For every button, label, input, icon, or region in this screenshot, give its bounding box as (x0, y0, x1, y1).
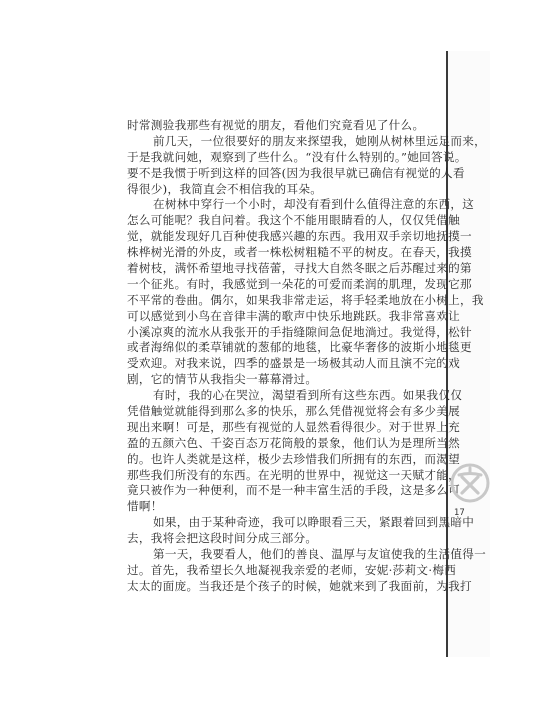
text-line: 在树林中穿行一个小时，却没有看到什么值得注意的东西，这 (127, 197, 426, 213)
text-line: 那些我们所没有的东西。在光明的世界中，视觉这一天赋才能， (127, 468, 426, 484)
text-line: 怎么可能呢？我自问着。我这个不能用眼睛看的人，仅仅凭借触 (127, 213, 426, 229)
text-line: 可以感觉到小鸟在音律丰满的歌声中快乐地跳跃。我非常喜欢让 (127, 309, 426, 325)
text-line: 时常测验我那些有视觉的朋友，看他们究竟看见了什么。 (127, 118, 426, 134)
text-line: 有时，我的心在哭泣，渴望看到所有这些东西。如果我仅仅 (127, 388, 426, 404)
text-line: 不平常的卷曲。偶尔，如果我非常走运，将手轻柔地放在小树上，我 (127, 293, 426, 309)
text-line: 前几天，一位很要好的朋友来探望我，她刚从树林里远足而来， (127, 134, 426, 150)
text-line: 剧，它的情节从我指尖一幕幕滑过。 (127, 372, 426, 388)
text-line: 要不是我惯于听到这样的回答(因为我很早就已确信有视觉的人看 (127, 166, 426, 182)
text-line: 小溪凉爽的流水从我张开的手指缝隙间急促地淌过。我觉得，松针 (127, 325, 426, 341)
text-line: 一个征兆。有时，我感觉到一朵花的可爱而柔润的肌理，发现它那 (127, 277, 426, 293)
text-line: 过。首先，我希望长久地凝视我亲爱的老师，安妮·莎莉文·梅西 (127, 563, 426, 579)
text-line: 现出来啊！可是，那些有视觉的人显然看得很少。对于世界上充 (127, 420, 426, 436)
book-page: 时常测验我那些有视觉的朋友，看他们究竟看见了什么。前几天，一位很要好的朋友来探望… (0, 0, 550, 711)
text-line: 株桦树光滑的外皮，或者一株松树粗糙不平的树皮。在春天，我摸 (127, 245, 426, 261)
text-line: 如果，由于某种奇迹，我可以睁眼看三天，紧跟着回到黑暗中 (127, 515, 426, 531)
text-line: 去，我将会把这段时间分成三部分。 (127, 531, 426, 547)
text-line: 凭借触觉就能得到那么多的快乐，那么凭借视觉将会有多少美展 (127, 404, 426, 420)
text-line: 盈的五颜六色、千姿百态万花筒般的景象，他们认为是理所当然 (127, 436, 426, 452)
text-line: 太太的面庞。当我还是个孩子的时候，她就来到了我面前，为我打 (127, 579, 426, 595)
text-line: 觉，就能发现好几百种使我感兴趣的东西。我用双手亲切地抚摸一 (127, 229, 426, 245)
text-line: 竟只被作为一种便利，而不是一种丰富生活的手段，这是多么可 (127, 483, 426, 499)
text-line: 第一天，我要看人，他们的善良、温厚与友谊使我的生活值得一 (127, 547, 426, 563)
wen-character-seal-icon (450, 463, 490, 503)
text-line: 惜啊！ (127, 499, 426, 515)
text-line: 得很少)，我简直会不相信我的耳朵。 (127, 182, 426, 198)
text-line: 受欢迎。对我来说，四季的盛景是一场极其动人而且演不完的戏 (127, 356, 426, 372)
text-line: 于是我就问她，观察到了些什么。“没有什么特别的。”她回答说。 (127, 150, 426, 166)
text-line: 着树枝，满怀希望地寻找蓓蕾，寻找大自然冬眠之后苏醒过来的第 (127, 261, 426, 277)
text-line: 或者海绵似的柔草铺就的葱郁的地毯，比豪华奢侈的波斯小地毯更 (127, 340, 426, 356)
text-line: 的。也许人类就是这样，极少去珍惜我们所拥有的东西，而渴望 (127, 452, 426, 468)
body-text: 时常测验我那些有视觉的朋友，看他们究竟看见了什么。前几天，一位很要好的朋友来探望… (127, 118, 426, 595)
page-number: 17 (454, 508, 465, 518)
